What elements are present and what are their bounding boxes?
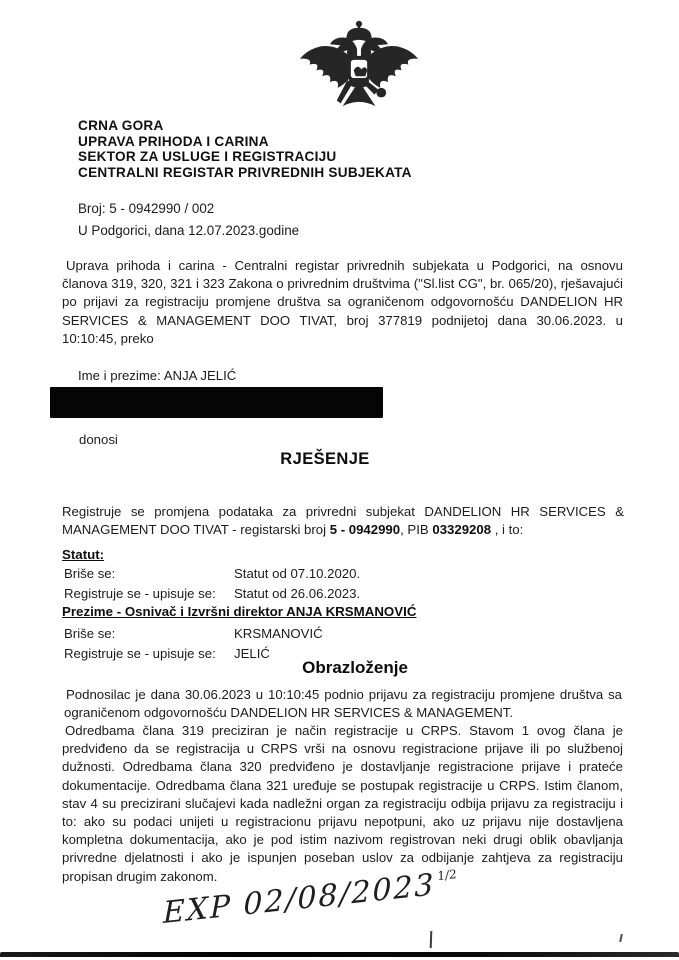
donosi-text: donosi xyxy=(79,432,118,447)
explanation-paragraph-2: Odredbama člana 319 preciziran je način … xyxy=(62,722,623,886)
intro-paragraph: Uprava prihoda i carina - Centralni regi… xyxy=(62,257,623,348)
explanation-paragraph-1: Podnosilac je dana 30.06.2023 u 10:10:45… xyxy=(64,686,622,722)
agency-line-country: CRNA GORA xyxy=(78,118,412,134)
scan-speck xyxy=(619,934,623,942)
row-value: Statut od 07.10.2020. xyxy=(234,566,360,581)
change-row-prezime-delete: Briše se:KRSMANOVIĆ xyxy=(64,626,323,641)
decision-intro-suffix: , i to: xyxy=(491,522,523,537)
submitter-name-line: Ime i prezime: ANJA JELIĆ xyxy=(78,368,236,383)
place-date-line: U Podgorici, dana 12.07.2023.godine xyxy=(78,220,299,242)
decision-intro-mid: , PIB xyxy=(400,522,432,537)
page-fraction-note: 1/2 xyxy=(437,867,456,883)
row-label: Briše se: xyxy=(64,626,234,641)
scan-speck xyxy=(430,931,433,948)
agency-line-sector: SEKTOR ZA USLUGE I REGISTRACIJU xyxy=(78,149,412,165)
change-row-statut-delete: Briše se:Statut od 07.10.2020. xyxy=(64,566,360,581)
change-row-statut-register: Registruje se - upisuje se:Statut od 26.… xyxy=(64,586,360,601)
reference-block: Broj: 5 - 0942990 / 002 U Podgorici, dan… xyxy=(78,198,299,242)
scan-edge-artifact xyxy=(0,952,679,957)
redaction-box xyxy=(50,387,383,418)
section-heading-prezime: Prezime - Osnivač i Izvršni direktor ANJ… xyxy=(62,604,416,619)
montenegro-coat-of-arms-icon xyxy=(297,18,421,117)
section-heading-statut: Statut: xyxy=(62,547,104,562)
decision-title: RJEŠENJE xyxy=(62,450,588,469)
agency-line-administration: UPRAVA PRIHODA I CARINA xyxy=(78,134,412,150)
agency-header: CRNA GORA UPRAVA PRIHODA I CARINA SEKTOR… xyxy=(78,118,412,181)
scanned-decision-document: CRNA GORA UPRAVA PRIHODA I CARINA SEKTOR… xyxy=(0,0,679,960)
row-value: KRSMANOVIĆ xyxy=(234,626,323,641)
row-value: Statut od 26.06.2023. xyxy=(234,586,360,601)
pib-value: 03329208 xyxy=(432,522,491,537)
registration-number-value: 5 - 0942990 xyxy=(330,522,400,537)
reference-number: Broj: 5 - 0942990 / 002 xyxy=(78,198,299,220)
row-label: Registruje se - upisuje se: xyxy=(64,586,234,601)
row-label: Briše se: xyxy=(64,566,234,581)
agency-line-registry: CENTRALNI REGISTAR PRIVREDNIH SUBJEKATA xyxy=(78,165,412,181)
decision-intro-paragraph: Registruje se promjena podataka za privr… xyxy=(62,503,624,539)
explanation-title: Obrazloženje xyxy=(62,658,648,678)
